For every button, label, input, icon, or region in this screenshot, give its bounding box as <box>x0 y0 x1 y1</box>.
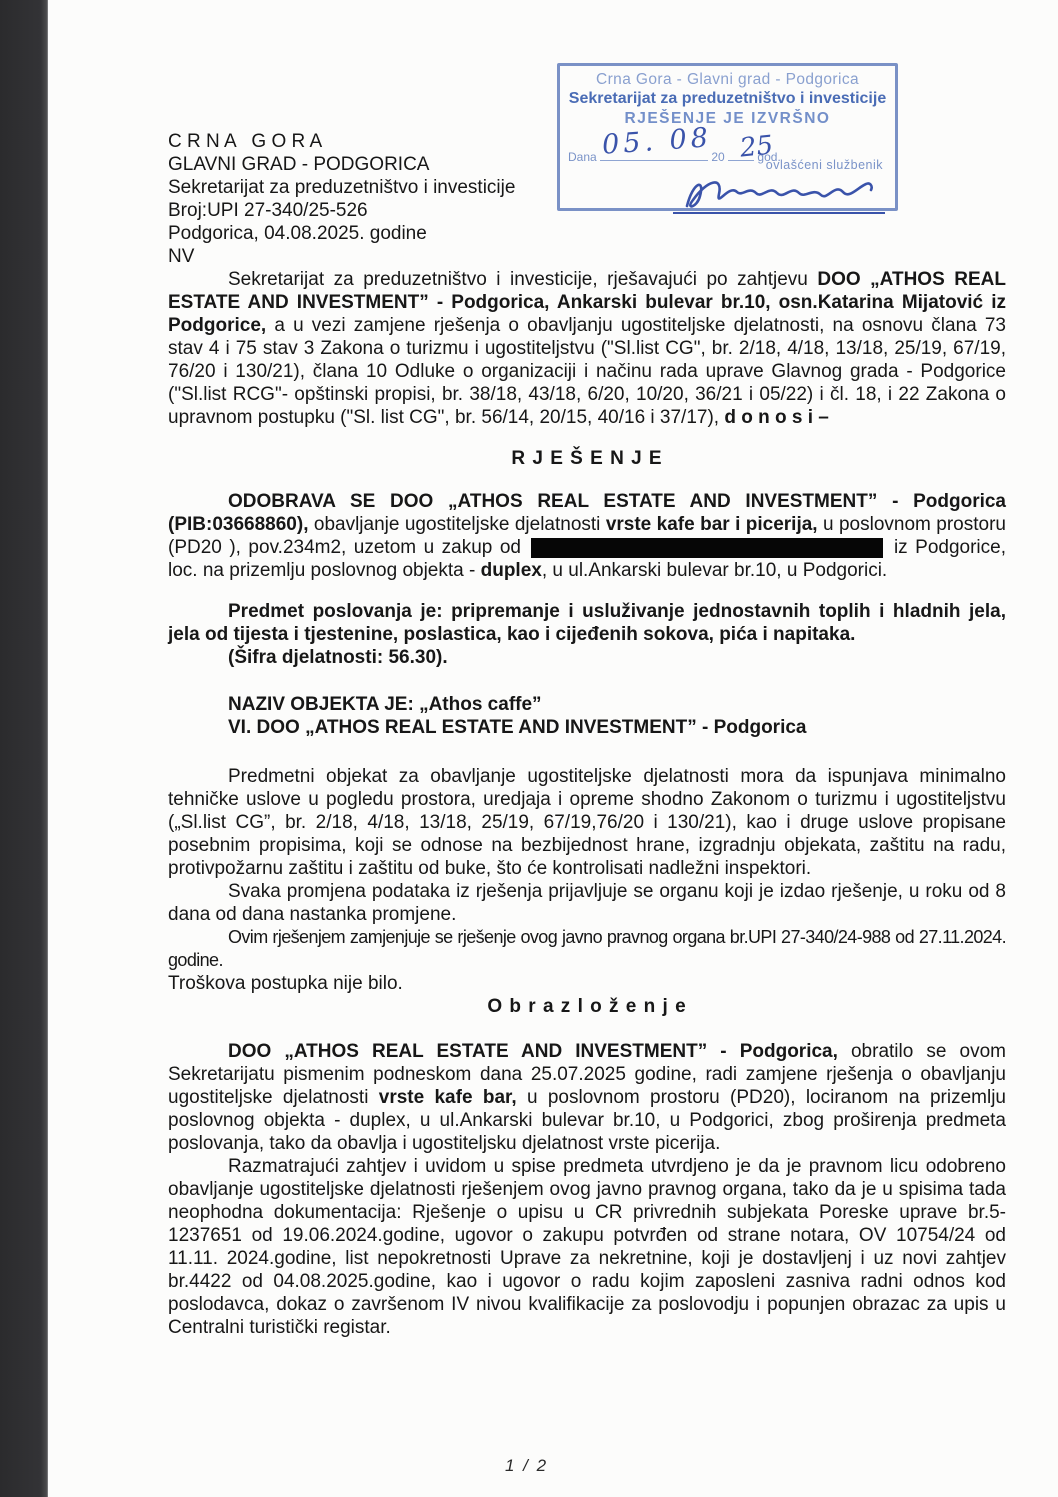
redacted-text <box>531 538 883 558</box>
document-body: C R N A G O R A GLAVNI GRAD - PODGORICA … <box>168 130 1006 1339</box>
header-clerk-initials: NV <box>168 245 1006 268</box>
heading-obrazlozenje: O b r a z l o ž e n j e <box>168 995 1006 1018</box>
heading-rjesenje: R J E Š E N J E <box>168 447 1006 470</box>
paragraph-preamble: Sekretarijat za preduzetništvo i investi… <box>168 268 1006 429</box>
paragraph-change-notice: Svaka promjena podataka iz rješenja prij… <box>168 880 1006 926</box>
header-department: Sekretarijat za preduzetništvo i investi… <box>168 176 1006 199</box>
header-city: GLAVNI GRAD - PODGORICA <box>168 153 1006 176</box>
paragraph-business-subject: Predmet poslovanja je: pripremanje i usl… <box>168 600 1006 646</box>
line-object-name: NAZIV OBJEKTA JE: „Athos caffe” <box>168 693 1006 716</box>
paragraph-documentation-review: Razmatrajući zahtjev i uvidom u spise pr… <box>168 1155 1006 1339</box>
stamp-status-line: RJEŠENJE JE IZVRŠNO <box>568 110 887 128</box>
header-case-number: Broj:UPI 27-340/25-526 <box>168 199 1006 222</box>
page-number: 1 / 2 <box>505 1456 548 1476</box>
paragraph-technical-conditions: Predmetni objekat za obavljanje ugostite… <box>168 765 1006 880</box>
line-object-owner: VI. DOO „ATHOS REAL ESTATE AND INVESTMEN… <box>168 716 1006 739</box>
paragraph-approval: ODOBRAVA SE DOO „ATHOS REAL ESTATE AND I… <box>168 490 1006 582</box>
line-activity-code: (Šifra djelatnosti: 56.30). <box>168 646 1006 669</box>
line-no-costs: Troškova postupka nije bilo. <box>168 972 1006 995</box>
stamp-region-line: Crna Gora - Glavni grad - Podgorica <box>568 71 887 89</box>
stamp-department-line: Sekretarijat za preduzetništvo i investi… <box>568 90 887 108</box>
paragraph-replacement-note: Ovim rješenjem zamjenjuje se rješenje ov… <box>168 926 1006 972</box>
scanned-document-page: Crna Gora - Glavni grad - Podgorica Sekr… <box>0 0 1058 1497</box>
header-country: C R N A G O R A <box>168 130 1006 153</box>
paragraph-request-description: DOO „ATHOS REAL ESTATE AND INVESTMENT” -… <box>168 1040 1006 1155</box>
header-place-date: Podgorica, 04.08.2025. godine <box>168 222 1006 245</box>
scan-edge-band <box>0 0 48 1497</box>
